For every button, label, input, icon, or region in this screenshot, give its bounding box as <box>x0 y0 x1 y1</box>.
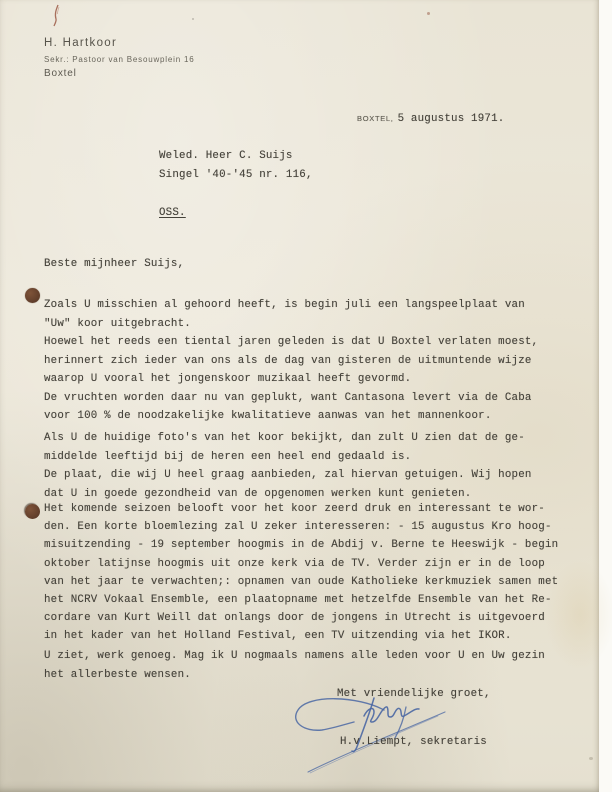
body-paragraph-2: Als U de huidige foto's van het koor bek… <box>44 429 532 503</box>
letterhead-name: H. Hartkoor <box>44 37 194 50</box>
pen-mark-icon <box>50 4 64 28</box>
body-paragraph-1: Zoals U misschien al gehoord heeft, is b… <box>44 296 538 426</box>
letterhead-address: Sekr.: Pastoor van Besouwplein 16 <box>44 54 194 65</box>
letterhead-city: Boxtel <box>44 67 194 80</box>
dateline-date: 5 augustus 1971. <box>398 113 505 125</box>
salutation: Beste mijnheer Suijs, <box>44 255 184 274</box>
recipient-block: Weled. Heer C. Suijs Singel '40-'45 nr. … <box>159 128 313 223</box>
scanned-letter-page: { "letterhead": { "name": "H. Hartkoor",… <box>0 0 612 792</box>
body-paragraph-4: U ziet, werk genoeg. Mag ik U nogmaals n… <box>44 647 545 684</box>
dateline: BOXTEL,5 augustus 1971. <box>357 91 504 128</box>
letterhead: H. Hartkoor Sekr.: Pastoor van Besouwple… <box>44 37 194 80</box>
paper-speck <box>589 757 593 760</box>
paper-speck <box>427 12 430 15</box>
ink-dot <box>25 504 40 519</box>
recipient-lines: Weled. Heer C. Suijs Singel '40-'45 nr. … <box>159 147 313 185</box>
signer-name: H.v.Liempt, sekretaris <box>340 733 487 752</box>
paper-speck <box>192 18 194 20</box>
ink-dot <box>25 288 40 303</box>
body-paragraph-3: Het komende seizoen belooft voor het koo… <box>44 500 558 646</box>
dateline-place: BOXTEL, <box>357 114 394 123</box>
recipient-city: OSS. <box>159 204 186 223</box>
